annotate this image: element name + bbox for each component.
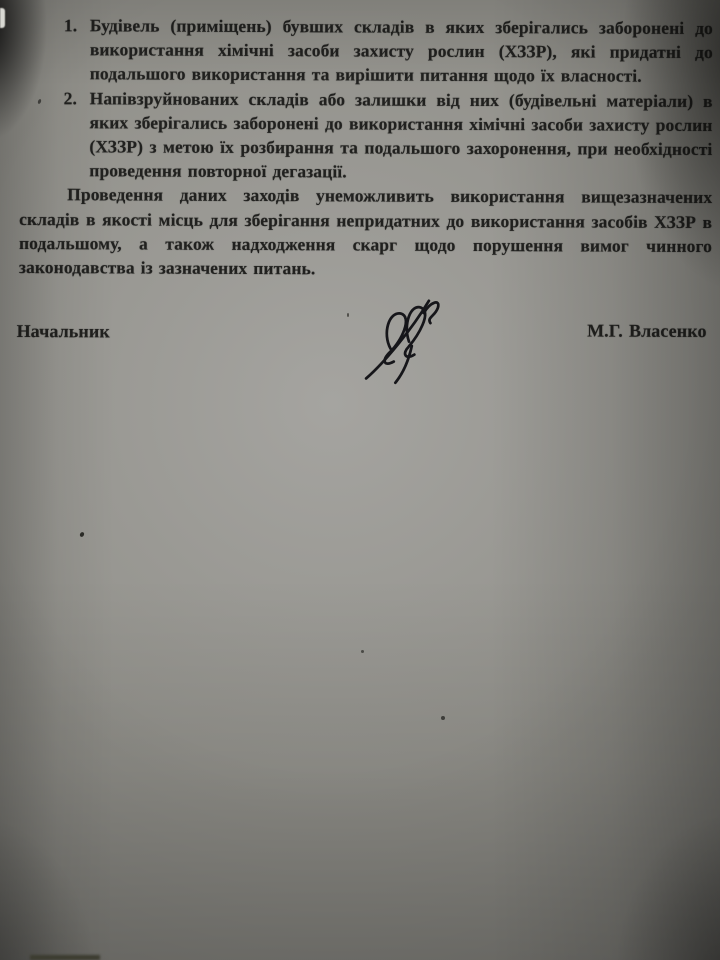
list-item-text: Напівзруйнованих складів або залишки від… xyxy=(89,88,712,182)
photographed-document: 1. Будівель (приміщень) бувших складів в… xyxy=(0,0,720,960)
list-item: 2. Напівзруйнованих складів або залишки … xyxy=(63,86,712,186)
list-item: 1. Будівель (приміщень) бувших складів в… xyxy=(64,13,713,88)
dust-speck xyxy=(441,716,445,720)
list-item-text: Будівель (приміщень) бувших складів в як… xyxy=(90,15,713,86)
paper-edge-highlight xyxy=(0,8,5,28)
list-item-number: 1. xyxy=(64,13,77,37)
ink-dot xyxy=(347,313,349,317)
signer-name: М.Г. Власенко xyxy=(587,319,707,344)
dust-speck xyxy=(361,650,364,653)
handwritten-signature-icon xyxy=(356,289,456,389)
list-item-number: 2. xyxy=(64,86,77,110)
signer-title: Начальник xyxy=(17,319,110,344)
signature-block: Начальник М.Г. Власенко xyxy=(18,305,711,418)
numbered-list: 1. Будівель (приміщень) бувших складів в… xyxy=(63,13,713,185)
document-body: 1. Будівель (приміщень) бувших складів в… xyxy=(18,13,713,418)
closing-paragraph: Проведення даних заходів унеможливить ви… xyxy=(19,182,712,282)
paper-edge-shadow xyxy=(30,955,100,960)
